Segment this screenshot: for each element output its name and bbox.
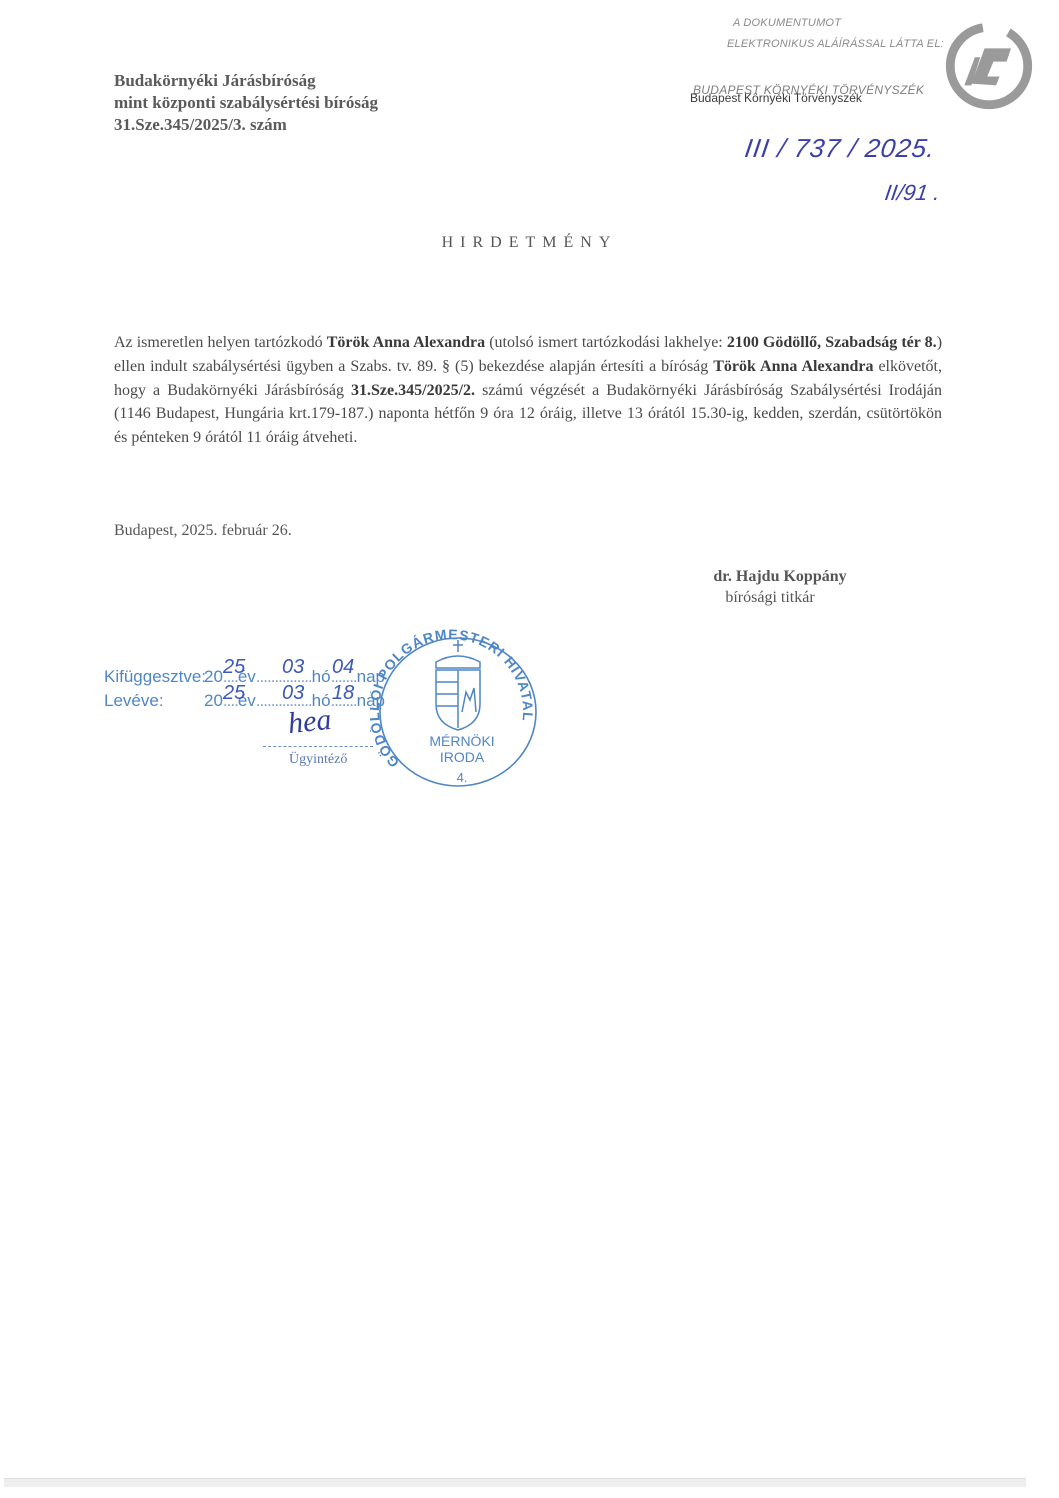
posted-month-value: 03 xyxy=(282,655,304,679)
esign-line-2: ELEKTRONIKUS ALÁÍRÁSSAL LÁTTA EL: xyxy=(727,38,944,50)
esign-court-name: Budapest Környéki Törvényszék xyxy=(690,91,862,105)
posted-day-value: 04 xyxy=(332,655,354,679)
removed-year-prefix: 20 xyxy=(204,691,223,710)
electronic-signature-block: A DOKUMENTUMOT ELEKTRONIKUS ALÁÍRÁSSAL L… xyxy=(680,10,1059,120)
officer-signature: hea xyxy=(286,703,333,741)
coat-of-arms-icon xyxy=(436,640,480,730)
court-name: Budakörnyéki Járásbíróság xyxy=(114,70,378,92)
body-emphasis: 2100 Gödöllő, Szabadság tér 8. xyxy=(727,334,937,351)
date-line: Budapest, 2025. február 26. xyxy=(114,522,292,540)
removed-row: Levéve:20....év...............hó.......n… xyxy=(104,689,385,713)
posted-month-word: hó xyxy=(312,667,331,686)
removed-day-value: 18 xyxy=(332,681,354,705)
body-text-run: Az ismeretlen helyen tartózkodó xyxy=(114,334,327,351)
body-emphasis: Török Anna Alexandra xyxy=(327,334,485,351)
case-number: 31.Sze.345/2025/3. szám xyxy=(114,114,378,136)
notice-body: Az ismeretlen helyen tartózkodó Török An… xyxy=(114,331,942,450)
esign-line-1: A DOKUMENTUMOT xyxy=(733,17,841,29)
signer-role: bírósági titkár xyxy=(640,587,900,608)
handwritten-sub-number: II/91 . xyxy=(883,180,942,206)
body-text-run: (utolsó ismert tartózkodási lakhelye: xyxy=(485,334,727,351)
body-emphasis: Török Anna Alexandra xyxy=(713,358,873,375)
removed-month-value: 03 xyxy=(282,681,304,705)
signature-line xyxy=(263,746,373,747)
posted-year-value: 25 xyxy=(223,655,245,679)
seal-center-line-1: MÉRNÖKI xyxy=(429,732,494,749)
handwritten-file-number: III / 737 / 2025. xyxy=(743,133,938,164)
court-header: Budakörnyéki Járásbíróság mint központi … xyxy=(114,70,378,136)
seal-number: 4. xyxy=(457,770,468,785)
removed-year-value: 25 xyxy=(223,681,245,705)
official-seal: GÖDÖLLŐI POLGÁRMESTERI HIVATAL MÉRNÖKI I… xyxy=(370,612,540,790)
posting-stamp: Kifüggesztve:20....év...............hó..… xyxy=(104,665,385,713)
body-emphasis: 31.Sze.345/2025/2. xyxy=(351,382,475,399)
posted-year-prefix: 20 xyxy=(204,667,223,686)
page-bottom-rule xyxy=(4,1478,1026,1487)
signer-block: dr. Hajdu Koppány bírósági titkár xyxy=(600,566,900,608)
officer-label: Ügyintéző xyxy=(289,752,347,768)
signer-name: dr. Hajdu Koppány xyxy=(660,566,900,587)
posted-label: Kifüggesztve: xyxy=(104,665,204,689)
document-title: HIRDETMÉNY xyxy=(0,234,1059,252)
court-logo-icon xyxy=(945,22,1033,110)
seal-center-line-2: IRODA xyxy=(440,749,485,765)
court-role: mint központi szabálysértési bíróság xyxy=(114,92,378,114)
removed-label: Levéve: xyxy=(104,689,204,713)
